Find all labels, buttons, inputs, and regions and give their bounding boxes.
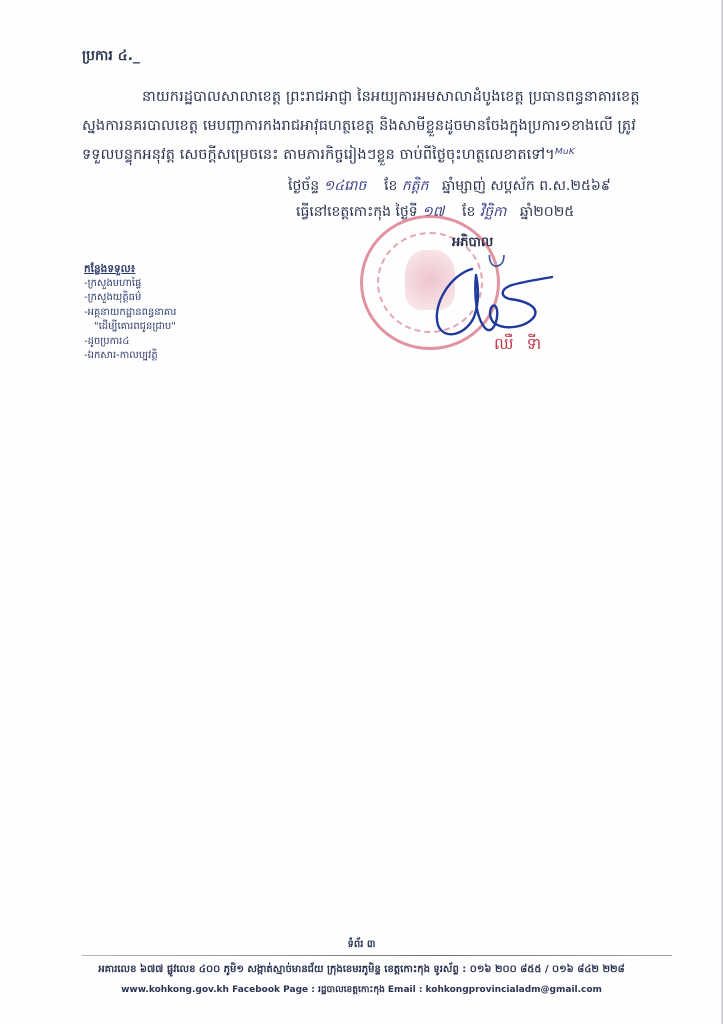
footer-contact: www.kohkong.gov.kh Facebook Page : រដ្ឋប… — [0, 984, 723, 997]
solar-date-month-prefix: ខែ — [462, 204, 475, 220]
document-page: ប្រការ ៤._ នាយករដ្ឋបាលសាលាខេត្ត ព្រះរាជអ… — [0, 0, 723, 1024]
recipient-item-note: "ដើម្បីគោរពជូនជ្រាប" — [84, 320, 176, 335]
footer-address: អគារលេខ ៦៧៧ ផ្លូវលេខ ៤០០ ភូមិ១ សង្កាត់ស្… — [0, 962, 723, 977]
signature-icon — [430, 255, 560, 345]
solar-date-month: វិច្ឆិកា — [480, 204, 507, 220]
signer-title: អភិបាល — [452, 234, 493, 253]
initials-mark: ᴹᵘᴷ — [555, 147, 575, 163]
page-number: ទំព័រ ៣ — [0, 937, 723, 952]
body-line-3-text: ទទួលបន្ទុកអនុវត្ត សេចក្តីសម្រេចនេះ តាមភា… — [82, 147, 555, 163]
lunar-date-month-prefix: ខែ — [384, 178, 397, 194]
body-line-3: ទទួលបន្ទុកអនុវត្ត សេចក្តីសម្រេចនេះ តាមភា… — [82, 146, 682, 167]
solar-date-suffix: ឆ្នាំ២០២៥ — [520, 204, 574, 220]
body-line-2: ស្នងការនគរបាលខេត្ត មេបញ្ជាការកងរាជអាវុធហ… — [82, 117, 682, 138]
lunar-date-prefix: ថ្ងៃច័ន្ទ — [288, 178, 319, 194]
lunar-date-day: ១៤រោច — [324, 178, 367, 194]
lunar-date: ថ្ងៃច័ន្ទ ១៤រោច ខែ កត្តិក ឆ្នាំម្សាញ់ សប… — [288, 176, 611, 197]
footer-divider — [82, 955, 672, 956]
recipient-item: -ឯកសារ-កាលប្បវត្តិ — [84, 349, 176, 364]
recipient-item: -ក្រសួងមហាផ្ទៃ — [84, 277, 176, 292]
recipient-item: -ដូចប្រការ៤ — [84, 335, 176, 350]
body-line-1: នាយករដ្ឋបាលសាលាខេត្ត ព្រះរាជអាជ្ញា នៃអយ្… — [142, 88, 723, 109]
solar-date-prefix: ធ្វើនៅខេត្តកោះកុង ថ្ងៃទី — [296, 204, 418, 220]
recipient-item: -ក្រសួងយុត្តិធម៌ — [84, 291, 176, 306]
lunar-date-month: កត្តិក — [402, 178, 429, 194]
article-heading: ប្រការ ៤._ — [82, 46, 140, 67]
lunar-date-suffix: ឆ្នាំម្សាញ់ សប្តស័ក ព.ស.២៥៦៩ — [442, 178, 611, 194]
recipient-item: -អគ្គនាយកដ្ឋានពន្ធនាគារ — [84, 306, 176, 321]
signer-name: ឈឺ ទីា — [494, 333, 546, 357]
recipients-list: កន្លែងទទួល៖ -ក្រសួងមហាផ្ទៃ -ក្រសួងយុត្តិ… — [84, 262, 176, 364]
recipients-title: កន្លែងទទួល៖ — [84, 262, 176, 277]
